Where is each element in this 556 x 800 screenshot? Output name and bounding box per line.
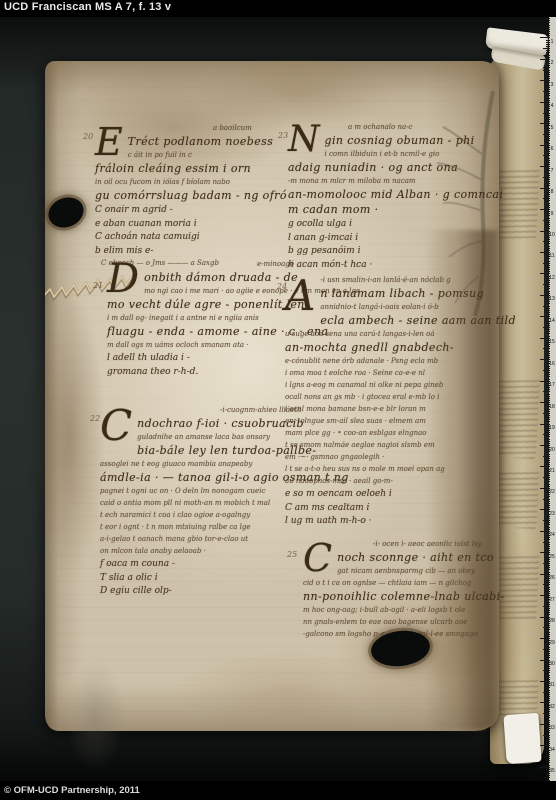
ruler-tick: [543, 692, 550, 693]
ruler-tick: [546, 400, 550, 401]
section-number: 23: [278, 131, 288, 140]
ruler-tick: [543, 48, 550, 49]
ruler-tick: [546, 572, 550, 573]
ruler-number: 16: [549, 361, 556, 367]
ruler-tick: [546, 715, 550, 716]
ruler-tick: [546, 325, 550, 326]
ruler-tick: [546, 741, 550, 742]
ruler-tick: [543, 198, 550, 199]
ruler-tick: [546, 737, 550, 738]
text-line: t se smom nalmáe aeglae nagioi slsmb em: [285, 440, 520, 451]
caption-bar-top: UCD Franciscan MS A 7, f. 13 v: [0, 0, 556, 17]
ruler-number: 28: [549, 618, 556, 624]
ruler-tick: [546, 239, 550, 240]
ruler-tick: [543, 477, 550, 478]
stain: [175, 651, 405, 731]
text-section-24: 24A-i usn smalin-i-an lanlá-é-an nóclab …: [285, 275, 520, 529]
ruler-tick: [546, 57, 550, 58]
ruler-tick: [546, 376, 550, 377]
ruler-tick: [546, 261, 550, 262]
ruler-tick: [546, 544, 550, 545]
ruler-tick: [543, 756, 550, 757]
ruler-tick: [546, 569, 550, 570]
ruler-tick: [546, 698, 550, 699]
ruler-tick: [546, 550, 550, 551]
ruler-tick: [546, 527, 550, 528]
ruler-tick: [546, 398, 550, 399]
text-line: i comn ilbiduin i et-b ncmil-e gio: [288, 149, 500, 160]
ruler-tick: [546, 160, 550, 161]
ruler-tick: [546, 720, 550, 721]
ruler-tick: [546, 175, 550, 176]
text-line: Tréct podlanom noebess: [95, 135, 300, 149]
section-number: 21: [93, 281, 103, 290]
ruler-tick: [546, 222, 550, 223]
ruler-tick: [546, 696, 550, 697]
ruler-tick: [546, 632, 550, 633]
ruler-number: 21: [549, 468, 556, 474]
ruler-tick: [546, 25, 550, 26]
ruler-tick: [546, 524, 550, 525]
ruler-tick: [546, 374, 550, 375]
ruler-tick: [546, 677, 550, 678]
ruler-tick: [543, 434, 550, 435]
text-section-20: 20Ea baoilcumTréct podlanom noebessc áit…: [95, 123, 300, 270]
ruler-tick: [543, 584, 550, 585]
ruler-tick: [543, 777, 550, 778]
ruler-number: 33: [549, 725, 556, 731]
ruler-tick: [546, 653, 550, 654]
ruler-tick: [546, 604, 550, 605]
under-page-corner: [503, 713, 541, 764]
ruler-tick: [546, 479, 550, 480]
ruler-tick: [546, 610, 550, 611]
ruler-number: 10: [549, 232, 556, 238]
ruler-tick: [546, 110, 550, 111]
ruler-tick: [546, 694, 550, 695]
ruler-tick: [546, 98, 550, 99]
ruler-tick: [546, 567, 550, 568]
text-line: m cadan mom ·: [288, 203, 500, 217]
ruler-tick: [546, 507, 550, 508]
ruler-tick: [546, 481, 550, 482]
text-line: mam plce gg · • coo-an esblgas elngnao: [285, 428, 520, 439]
ruler-number: 4: [549, 103, 556, 109]
ruler-tick: [546, 522, 550, 523]
ruler-tick: [546, 754, 550, 755]
ruler-tick: [543, 606, 550, 607]
ruler-tick: [543, 713, 550, 714]
ruler-tick: [546, 136, 550, 137]
ruler-number: 8: [549, 189, 556, 195]
ruler-number: 6: [549, 146, 556, 152]
ruler-tick: [546, 218, 550, 219]
ruler-tick: [546, 46, 550, 47]
ruler-number: 17: [549, 382, 556, 388]
ruler-strip: [549, 15, 556, 788]
ruler-tick: [546, 629, 550, 630]
ruler-tick: [546, 612, 550, 613]
ruler-tick: [543, 649, 550, 650]
text-line: noch sconnge · aiht en tco: [303, 551, 538, 565]
ruler-number: 24: [549, 532, 556, 538]
text-line: D egiu cille olp-: [100, 585, 328, 597]
text-line: an-momolooc mid Alban · g comncai: [288, 188, 500, 202]
ruler-tick: [546, 739, 550, 740]
ruler-number: 2: [549, 60, 556, 66]
ruler-number: 3: [549, 82, 556, 88]
section-number: 20: [83, 132, 93, 141]
ruler-tick: [546, 441, 550, 442]
ruler-tick: [546, 679, 550, 680]
ruler-number: 20: [549, 447, 556, 453]
ruler-tick: [546, 22, 550, 23]
ruler-number: 11: [549, 253, 556, 259]
text-line: a-i-gelao t oanach mana gbio tor-e-clao …: [100, 534, 328, 545]
ruler-tick: [546, 310, 550, 311]
ruler-tick: [546, 224, 550, 225]
text-line: C am ms cealtam i: [285, 502, 520, 514]
cm-ruler: 1234567891011121314151617181920212223242…: [539, 0, 556, 800]
ruler-tick: [546, 226, 550, 227]
ruler-tick: [546, 93, 550, 94]
text-line: ocall nons an gs mb · i gtocea eral e-mb…: [285, 392, 520, 403]
ruler-tick: [546, 417, 550, 418]
text-line: i oma moa t eolche roa · Seine ca-e-e nl: [285, 368, 520, 379]
ruler-tick: [546, 411, 550, 412]
text-line: gat nicam aenbnsparmg cib — an obey: [303, 566, 538, 577]
ruler-tick: [546, 200, 550, 201]
ruler-tick: [546, 758, 550, 759]
ruler-tick: [546, 353, 550, 354]
ruler-tick: [546, 700, 550, 701]
ruler-tick: [546, 351, 550, 352]
ruler-tick: [543, 563, 550, 564]
text-line: T slia a olic i: [100, 572, 328, 584]
ruler-number: 9: [549, 211, 556, 217]
ruler-tick: [546, 179, 550, 180]
text-line: b gg pesanóim i: [288, 245, 500, 257]
ruler-tick: [543, 327, 550, 328]
ruler-number: 12: [549, 275, 556, 281]
ruler-number: 19: [549, 425, 556, 431]
manuscript-page: 20Ea baoilcumTréct podlanom noebessc áit…: [45, 61, 499, 731]
ruler-tick: [546, 464, 550, 465]
ruler-tick: [543, 177, 550, 178]
ruler-tick: [546, 288, 550, 289]
text-line: nn gnals-enlem to eae oao bagense ulcarb…: [303, 617, 538, 628]
ruler-tick: [546, 539, 550, 540]
ruler-tick: [546, 308, 550, 309]
ruler-number: 30: [549, 661, 556, 667]
photo-stage: 20Ea baoilcumTréct podlanom noebessc áit…: [0, 0, 556, 800]
ruler-tick: [546, 593, 550, 594]
ruler-tick: [543, 70, 550, 71]
ruler-tick: [546, 269, 550, 270]
ruler-tick: [546, 196, 550, 197]
text-line: e so m oencam oeloeh i: [285, 488, 520, 500]
ruler-tick: [543, 263, 550, 264]
ruler-tick: [546, 228, 550, 229]
ruler-tick: [546, 119, 550, 120]
ruler-tick: [546, 717, 550, 718]
ruler-tick: [543, 735, 550, 736]
text-line: fráloin cleáing essim i orn: [95, 162, 300, 176]
ruler-tick: [543, 542, 550, 543]
text-line: e-cónublit nene órb adanale · Psng ecla …: [285, 356, 520, 367]
ruler-tick: [546, 439, 550, 440]
ruler-tick: [546, 357, 550, 358]
ruler-tick: [546, 282, 550, 283]
text-line: C achoán nata camuigi: [95, 231, 300, 243]
ruler-tick: [543, 348, 550, 349]
text-line: u suge aoá sena una carú-t langas-i-len …: [285, 329, 520, 340]
ruler-tick: [546, 243, 550, 244]
ruler-tick: [546, 35, 550, 36]
text-line: au nauopnos-msa · aeail go-m-: [285, 476, 520, 487]
ruler-tick: [546, 72, 550, 73]
ruler-tick: [543, 520, 550, 521]
ruler-tick: [546, 651, 550, 652]
ruler-tick: [546, 331, 550, 332]
ruler-tick: [546, 291, 550, 292]
ruler-tick: [546, 346, 550, 347]
ruler-tick: [546, 205, 550, 206]
ruler-tick: [546, 415, 550, 416]
ruler-tick: [546, 181, 550, 182]
ruler-tick: [546, 614, 550, 615]
ruler-tick: [546, 246, 550, 247]
ruler-tick: [546, 655, 550, 656]
ruler-tick: [546, 185, 550, 186]
ruler-tick: [546, 89, 550, 90]
text-line: h acan món-t hca ·: [288, 259, 500, 271]
text-line: -m mona m mlcr m miloba m nacam: [288, 176, 500, 187]
text-line: n lanamam libach - pomsug: [285, 287, 520, 301]
ruler-tick: [546, 672, 550, 673]
ruler-tick: [546, 18, 550, 19]
ruler-number: 1: [549, 39, 556, 45]
ruler-tick: [546, 355, 550, 356]
ruler-number: 29: [549, 640, 556, 646]
ruler-tick: [546, 293, 550, 294]
ruler-tick: [546, 267, 550, 268]
ruler-tick: [546, 634, 550, 635]
ruler-tick: [546, 548, 550, 549]
ruler-tick: [546, 286, 550, 287]
ruler-tick: [546, 158, 550, 159]
ruler-tick: [546, 496, 550, 497]
ruler-tick: [546, 389, 550, 390]
ruler-number: 27: [549, 597, 556, 603]
ruler-number: 25: [549, 554, 556, 560]
ruler-tick: [546, 760, 550, 761]
ruler-tick: [543, 627, 550, 628]
ruler-number: 5: [549, 125, 556, 131]
ruler-tick: [546, 67, 550, 68]
ruler-tick: [546, 33, 550, 34]
text-line: l anan g-imcai i: [288, 232, 500, 244]
text-line: b elim mis e-: [95, 245, 300, 257]
ruler-tick: [546, 419, 550, 420]
image-title: UCD Franciscan MS A 7, f. 13 v: [4, 1, 171, 13]
ruler-tick: [543, 456, 550, 457]
ruler-tick: [546, 78, 550, 79]
text-section-25: 25C-i- ocen i- aeoc aeonlic iolst lsynoc…: [303, 539, 538, 641]
ruler-tick: [546, 396, 550, 397]
ruler-tick: [546, 50, 550, 51]
ruler-tick: [546, 372, 550, 373]
text-line: m hoc ong-oag; i-bull ab-ogil · a-eli lo…: [303, 605, 538, 616]
ruler-tick: [546, 162, 550, 163]
ruler-tick: [546, 454, 550, 455]
ruler-tick: [546, 138, 550, 139]
ruler-tick: [546, 132, 550, 133]
ruler-tick: [546, 314, 550, 315]
ruler-tick: [546, 636, 550, 637]
ruler-number: 34: [549, 747, 556, 753]
ruler-number: 15: [549, 339, 556, 345]
ruler-tick: [543, 370, 550, 371]
ruler-number: 26: [549, 575, 556, 581]
ruler-tick: [546, 565, 550, 566]
ruler-tick: [543, 391, 550, 392]
ruler-tick: [543, 134, 550, 135]
text-line: C onair m agrid -: [95, 204, 300, 216]
ruler-tick: [546, 657, 550, 658]
text-line: adaig nuniadin · og anct ona: [288, 161, 500, 175]
ruler-tick: [546, 368, 550, 369]
ruler-tick: [546, 203, 550, 204]
text-line: l t se a-t-o heu sus ns o mole m moei op…: [285, 464, 520, 475]
ruler-tick: [546, 76, 550, 77]
ruler-tick: [546, 503, 550, 504]
ruler-tick: [543, 241, 550, 242]
ruler-tick: [546, 711, 550, 712]
ruler-tick: [546, 143, 550, 144]
text-line: ecla ambech - seine aam aan tild: [285, 314, 520, 328]
ruler-tick: [546, 501, 550, 502]
ruler-number: 13: [549, 296, 556, 302]
ruler-tick: [546, 121, 550, 122]
ruler-number: 35: [549, 768, 556, 774]
ruler-tick: [543, 499, 550, 500]
ruler-number: 7: [549, 168, 556, 174]
text-line: em ·~· gsmnao gngaolegih ·: [285, 452, 520, 463]
ruler-tick: [546, 379, 550, 380]
ruler-tick: [546, 486, 550, 487]
text-line: nn-ponoihlic colemne-lnab ulcabi-: [303, 590, 538, 604]
ruler-number: 23: [549, 511, 556, 517]
ruler-tick: [546, 518, 550, 519]
ruler-tick: [546, 762, 550, 763]
ruler-tick: [546, 329, 550, 330]
ruler-tick: [543, 306, 550, 307]
ruler-tick: [543, 91, 550, 92]
ruler-tick: [546, 546, 550, 547]
ruler-tick: [543, 670, 550, 671]
ruler-tick: [546, 140, 550, 141]
ruler-tick: [543, 284, 550, 285]
ruler-tick: [546, 183, 550, 184]
text-line: l ug m uath m-h-o ·: [285, 515, 520, 527]
ruler-tick: [543, 155, 550, 156]
ruler-tick: [546, 775, 550, 776]
ruler-number: 14: [549, 318, 556, 324]
ruler-tick: [546, 117, 550, 118]
text-line: a baoilcum: [95, 123, 300, 134]
text-line: gu comórrsluag badam - ng ofró: [95, 189, 300, 203]
ruler-tick: [546, 432, 550, 433]
ruler-tick: [546, 250, 550, 251]
section-number: 22: [90, 414, 100, 423]
ruler-tick: [546, 625, 550, 626]
ruler-tick: [546, 460, 550, 461]
ruler-tick: [546, 52, 550, 53]
ruler-number: 31: [549, 682, 556, 688]
text-line: i lgns a-eog m canamal ni olke ni pepa g…: [285, 380, 520, 391]
showthrough-text: [494, 167, 540, 241]
ruler-tick: [546, 458, 550, 459]
ruler-tick: [543, 27, 550, 28]
text-line: a m ochanalo na-c: [288, 122, 500, 133]
ruler-tick: [546, 207, 550, 208]
ruler-tick: [546, 484, 550, 485]
ruler-tick: [543, 413, 550, 414]
ruler-tick: [546, 271, 550, 272]
text-line: i acal mona bamane bsn-e-e blr loran m: [285, 404, 520, 415]
ruler-tick: [546, 732, 550, 733]
text-line: an-mochta gnedll gnabdech-: [285, 341, 520, 355]
ruler-tick: [546, 529, 550, 530]
ruler-tick: [546, 587, 550, 588]
ruler-tick: [546, 115, 550, 116]
ruler-tick: [546, 675, 550, 676]
ruler-tick: [546, 743, 550, 744]
text-line: annidnio-t langá-i-oais eolan-i ó-b: [285, 302, 520, 313]
ruler-tick: [546, 164, 550, 165]
ruler-tick: [546, 31, 550, 32]
ruler-number: 18: [549, 404, 556, 410]
ruler-tick: [546, 608, 550, 609]
text-line: -i- ocen i- aeoc aeonlic iolst lsy: [303, 539, 538, 550]
text-line: en · olngue sm-ail slea suas · elmem am: [285, 416, 520, 427]
ruler-tick: [546, 55, 550, 56]
ruler-tick: [546, 589, 550, 590]
stain: [35, 291, 105, 581]
ruler-tick: [546, 421, 550, 422]
ruler-tick: [546, 312, 550, 313]
ruler-tick: [546, 95, 550, 96]
ruler-tick: [546, 265, 550, 266]
ruler-tick: [546, 722, 550, 723]
ruler-tick: [546, 20, 550, 21]
ruler-tick: [546, 436, 550, 437]
ruler-tick: [543, 220, 550, 221]
ruler-tick: [546, 561, 550, 562]
ruler-tick: [546, 248, 550, 249]
ruler-tick: [546, 505, 550, 506]
text-section-23: 23Na m ochanalo na-cgin cosniag obuman -…: [288, 122, 500, 272]
text-line: -i usn smalin-i-an lanlá-é-an nóclab g: [285, 275, 520, 286]
parchment-hole: [44, 192, 88, 232]
ruler-tick: [546, 100, 550, 101]
ruler-tick: [546, 394, 550, 395]
ruler-tick: [546, 668, 550, 669]
ruler-tick: [546, 475, 550, 476]
ruler-tick: [546, 765, 550, 766]
ruler-tick: [546, 303, 550, 304]
